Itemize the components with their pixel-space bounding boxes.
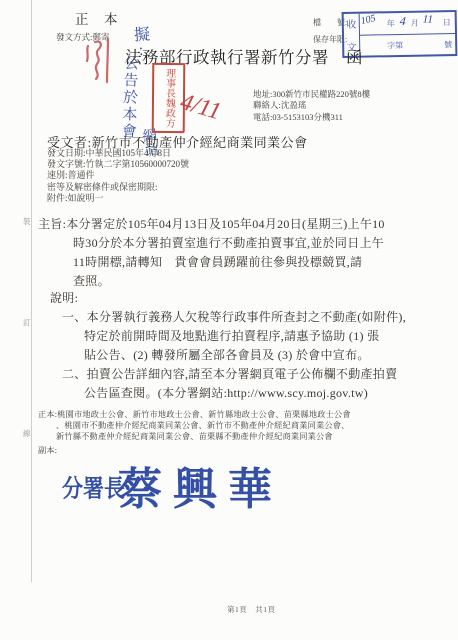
day-label: 日 (443, 17, 451, 28)
subject-line: 主旨:本分署定於105年04月13日及105年04月20日(星期三)上午10 (38, 215, 385, 232)
explanation-line: 一、本分署執行義務人欠稅等行政事件所查封之不動產(如附件), (62, 308, 406, 325)
page-number-footer: 第1頁 共1頁 (227, 604, 276, 615)
month-label: 月 (411, 18, 419, 29)
explanation-line: 二、拍賣公告詳細內容,請至本分署網頁電子公佈欄不動產拍賣 (62, 365, 397, 382)
received-stamp-number-row: 字第 號 (360, 34, 455, 56)
received-day-handwritten: 11 (423, 13, 434, 25)
agency-phone: 電話:03-5153103分機311 (253, 112, 370, 123)
received-month-handwritten: 4 (399, 14, 406, 29)
received-year-handwritten: 105 (360, 13, 377, 27)
binding-mark-zhuang: 裝 (23, 216, 31, 227)
received-stamp-date-row: 105 年 4 月 11 日 (360, 12, 455, 35)
document-meta-block: 發文日期:中華民國105年4月8日 發文字號:竹執二字第10560000720號… (47, 148, 189, 204)
signer-title-stamp: 分署長 (62, 470, 125, 505)
attachment-note: 附件:如說明一 (47, 193, 189, 204)
original-recipients-line: 新竹縣不動產仲介經紀商業同業公會、苗栗縣不動產仲介經紀商業同業公會 (56, 431, 333, 442)
subject-line: 11時開標,請轉知 貴會會員踴躍前往參與投標競買,請 (73, 253, 362, 270)
binding-mark-xian: 線 (23, 428, 31, 439)
number-label: 號 (444, 39, 452, 50)
scan-edge-line (31, 0, 32, 582)
handwritten-note-body: 公告於本會 (119, 55, 139, 141)
scanned-official-letter: 裝 訂 線 正 本 發文方式:郵寄 檔 號: 保存年限: 收 文 105 年 4… (0, 0, 458, 640)
agency-contact-block: 地址:300新竹市民權路220號8樓 聯絡人:沈盈瑤 電話:03-5153103… (253, 89, 370, 123)
subject-line: 時30分於本分署拍賣室進行不動產拍賣事宜,並於同日上午 (73, 234, 384, 251)
issue-number: 發文字號:竹執二字第10560000720號 (47, 159, 189, 170)
explanation-label: 說明: (50, 289, 78, 306)
word-number-label: 字第 (387, 39, 403, 50)
explanation-line: 公告區查閱。(本分署網站:http://www.scy.moj.gov.tw) (84, 384, 368, 401)
security-class: 密等及解密條件或保密期限: (47, 182, 189, 193)
chairman-stamp-text: 理事長魏政方 (163, 68, 174, 128)
issue-date: 發文日期:中華民國105年4月8日 (47, 148, 189, 159)
binding-mark-ding: 訂 (23, 317, 31, 328)
received-stamp-char-top: 收 (346, 16, 356, 31)
copy-recipients-label: 副本: (38, 445, 57, 456)
signer-name-stamp: 蔡興華 (118, 453, 283, 517)
agency-contact-person: 聯絡人:沈盈瑤 (253, 100, 370, 111)
original-recipients-line: 、桃園市不動產仲介經紀商業同業公會、新竹市不動產仲介經紀商業同業公會、 (56, 420, 350, 431)
original-recipients-line: 正本:桃園市地政士公會、新竹市地政士公會、新竹縣地政士公會、苗栗縣地政士公會 (38, 409, 351, 420)
copy-type-label: 正 本 (75, 8, 119, 28)
agency-address: 地址:300新竹市民權路220號8樓 (253, 89, 370, 100)
explanation-line: 貼公告、(2) 轉發所屬全部各會員及 (3) 於會中宣布。 (84, 346, 370, 363)
red-initial-scribble (82, 34, 112, 86)
year-label: 年 (387, 18, 395, 29)
subject-line: 查照。 (73, 272, 110, 289)
chairman-name-stamp: 理事長魏政方 (152, 63, 186, 133)
explanation-line: 特定於前開時間及地點進行拍賣程序,請惠予協助 (1) 張 (84, 327, 379, 344)
speed-class: 速別:普通件 (47, 170, 189, 181)
